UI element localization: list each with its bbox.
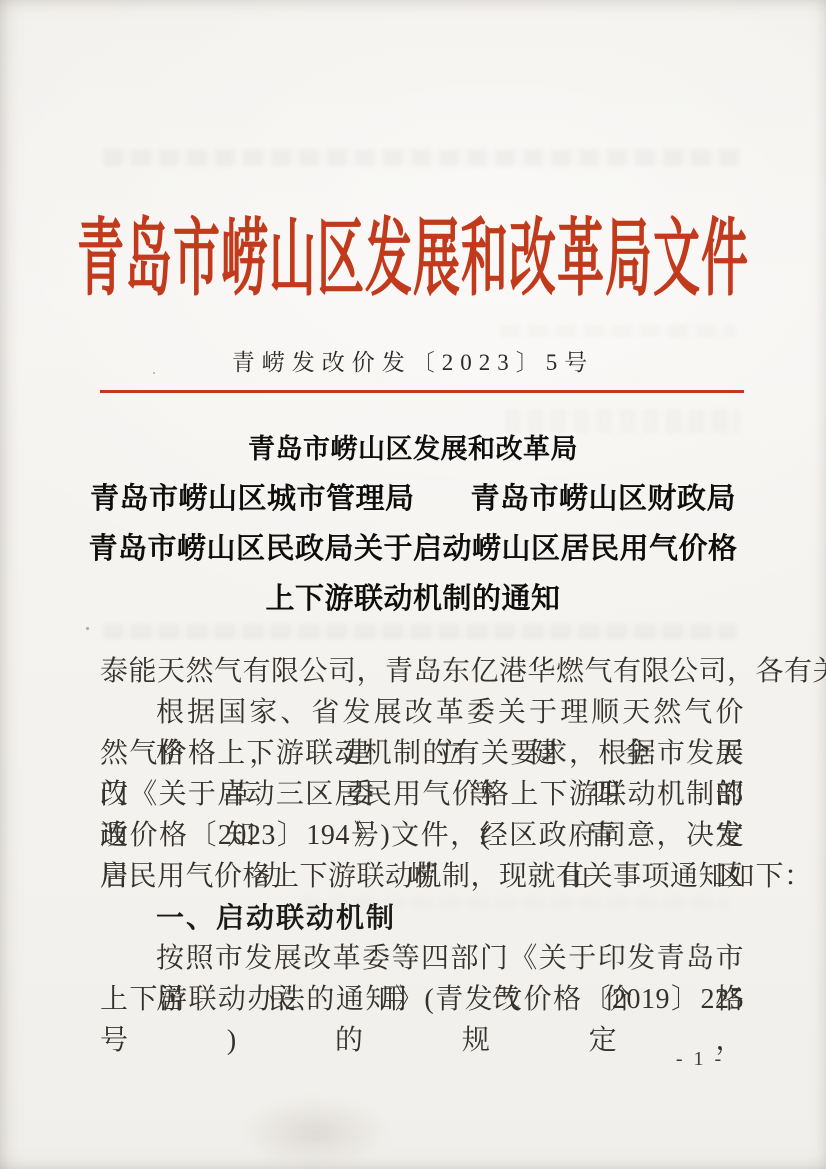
body-line: 按照市发展改革委等四部门《关于印发青岛市居民用气价格 [100,938,744,979]
document-title-line: 青岛市崂山区民政局关于启动崂山区居民用气价格 [50,524,776,574]
body-line: 然气价格上下游联动机制的有关要求，根据市发展改革委等四部 [100,733,744,774]
document-title-line: 青岛市崂山区城市管理局青岛市崂山区财政局 [50,474,776,524]
agency-letterhead-title: 青岛市崂山区发展和改革局文件 [0,192,826,259]
agency-letterhead-text: 青岛市崂山区发展和改革局文件 [77,192,749,313]
scanned-document-page: 青岛市崂山区发展和改革局文件 青崂发改价发〔2023〕5号 青岛市崂山区发展和改… [0,0,826,1169]
document-title-line: 青岛市崂山区发展和改革局 [50,424,776,474]
scan-smudge [240,1098,390,1168]
document-body: 泰能天然气有限公司，青岛东亿港华燃气有限公司，各有关单位： 根据国家、省发展改革… [100,651,744,1020]
bleedthrough-band [300,897,730,910]
issuing-agency: 青岛市崂山区城市管理局 [90,483,415,515]
bleedthrough-band [103,149,741,166]
issuing-agency: 青岛市崂山区财政局 [471,483,737,515]
body-line: 上下游联动办法的通知》(青发改价格〔2019〕225号)的规定， [100,979,744,1020]
document-reference-number: 青崂发改价发〔2023〕5号 [0,344,826,377]
bleedthrough-band [103,624,737,639]
bleedthrough-band [500,325,736,337]
document-title: 青岛市崂山区发展和改革局 青岛市崂山区城市管理局青岛市崂山区财政局 青岛市崂山区… [50,424,776,624]
document-title-line: 上下游联动机制的通知 [50,574,776,624]
page-number: - 1 - [653,1048,747,1071]
scan-speck [86,627,89,630]
scan-speck [153,372,155,374]
salutation-line: 泰能天然气有限公司，青岛东亿港华燃气有限公司，各有关单位： [100,651,744,692]
body-line: 门《关于启动三区居民用气价格上下游联动机制的通知》(青发 [100,774,744,815]
red-divider-line [100,390,744,393]
body-line: 改价格〔2023〕194号)文件，经区政府同意，决定启动崂山区 [100,815,744,856]
body-line: 居民用气价格上下游联动机制，现就有关事项通知如下： [100,856,744,897]
body-line: 根据国家、省发展改革委关于理顺天然气价格，建立健全天 [100,692,744,733]
